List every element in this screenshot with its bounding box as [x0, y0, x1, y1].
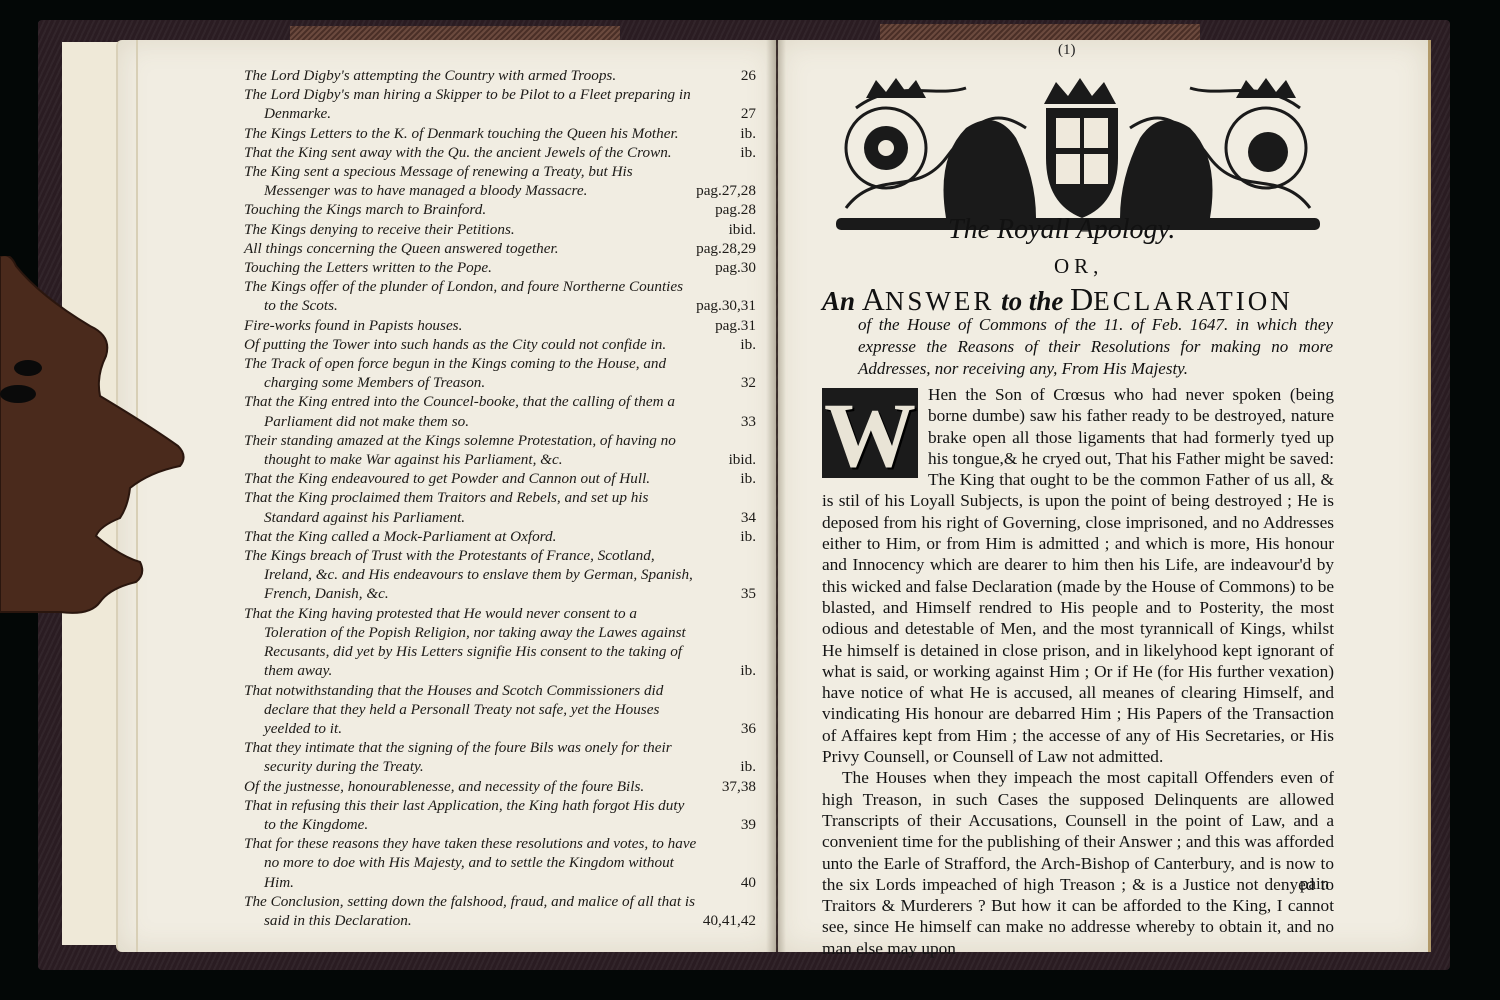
toc-entry: That the King having protested that He w…	[244, 604, 756, 681]
toc-entry: The Kings breach of Trust with the Prote…	[244, 546, 756, 604]
table-of-contents: The Lord Digby's attempting the Country …	[244, 66, 756, 930]
toc-entry: The Kings denying to receive their Petit…	[244, 220, 756, 239]
subtitle: of the House of Commons of the 11. of Fe…	[858, 314, 1333, 380]
toc-entry: Their standing amazed at the Kings solem…	[244, 431, 756, 469]
toc-entry: The Lord Digby's man hiring a Skipper to…	[244, 85, 756, 123]
toc-entry-text: All things concerning the Queen answered…	[244, 240, 617, 257]
toc-page-ref: ib.	[740, 469, 756, 488]
toc-entry: Of the justnesse, honourablenesse, and n…	[244, 777, 756, 796]
toc-entry: The Conclusion, setting down the falshoo…	[244, 892, 756, 930]
toc-page-ref: pag.31	[715, 316, 756, 335]
toc-page-ref: 35	[741, 584, 756, 603]
toc-entry-text: That the King entred into the Councel-bo…	[244, 392, 756, 430]
toc-page-ref: 40,41,42	[703, 911, 756, 930]
toc-page-ref: 34	[741, 508, 756, 527]
toc-entry-text: That the King called a Mock-Parliament a…	[244, 528, 614, 545]
paragraph-2: The Houses when they impeach the most ca…	[822, 767, 1334, 959]
body-text: Hen the Son of Crœsus who had never spok…	[822, 384, 1334, 959]
toc-entry-text: The Conclusion, setting down the falshoo…	[244, 892, 756, 930]
toc-entry-text: Touching the Kings march to Brainford.	[244, 201, 544, 218]
toc-page-ref: pag.27,28	[696, 181, 756, 200]
toc-entry-text: That notwithstanding that the Houses and…	[244, 681, 756, 739]
toc-entry-text: That the King sent away with the Qu. the…	[244, 143, 756, 162]
toc-entry-text: That in refusing this their last Applica…	[244, 796, 756, 834]
toc-entry: That the King called a Mock-Parliament a…	[244, 527, 756, 546]
toc-entry-text: That the King endeavoured to get Powder …	[244, 470, 708, 487]
toc-entry-text: The Kings offer of the plunder of London…	[244, 277, 756, 315]
toc-entry-text: Their standing amazed at the Kings solem…	[244, 431, 756, 469]
toc-page-ref: ibid.	[729, 220, 756, 239]
toc-entry: Touching the Kings march to Brainford.pa…	[244, 200, 756, 219]
toc-page-ref: ibid.	[729, 450, 756, 469]
toc-page-ref: pag.28	[715, 200, 756, 219]
toc-entry: That notwithstanding that the Houses and…	[244, 681, 756, 739]
toc-entry-text: The Kings Letters to the K. of Denmark t…	[244, 124, 756, 143]
toc-page-ref: ib.	[740, 757, 756, 776]
toc-entry-text: That the King having protested that He w…	[244, 604, 756, 681]
toc-entry-text: Touching the Letters written to the Pope…	[244, 259, 550, 276]
toc-entry-text: The Lord Digby's man hiring a Skipper to…	[244, 85, 756, 123]
toc-entry: That in refusing this their last Applica…	[244, 796, 756, 834]
toc-entry: That for these reasons they have taken t…	[244, 834, 756, 892]
paragraph-1: Hen the Son of Crœsus who had never spok…	[822, 384, 1334, 767]
toc-entry-text: Fire-works found in Papists houses.	[244, 317, 520, 334]
toc-entry: That the King entred into the Councel-bo…	[244, 392, 756, 430]
toc-page-ref: ib.	[740, 527, 756, 546]
toc-entry-text: Of the justnesse, honourablenesse, and n…	[244, 778, 702, 795]
book-gutter	[766, 40, 786, 952]
answer-heading: An ANSWER to the DECLARATION	[822, 281, 1293, 318]
toc-entry: Of putting the Tower into such hands as …	[244, 335, 756, 354]
page-number: (1)	[1058, 42, 1076, 59]
metal-book-clip	[0, 256, 190, 616]
toc-entry: All things concerning the Queen answered…	[244, 239, 756, 258]
toc-entry: The Track of open force begun in the Kin…	[244, 354, 756, 392]
toc-page-ref: 32	[741, 373, 756, 392]
toc-page-ref: ib.	[740, 124, 756, 143]
toc-entry-text: That the King proclaimed them Traitors a…	[244, 488, 756, 526]
toc-entry-text: The King sent a specious Message of rene…	[244, 162, 756, 200]
catchword: pain	[1300, 874, 1329, 894]
toc-entry: That the King sent away with the Qu. the…	[244, 143, 756, 162]
toc-page-ref: 27	[741, 104, 756, 123]
toc-page-ref: ib.	[740, 335, 756, 354]
toc-entry: The Kings offer of the plunder of London…	[244, 277, 756, 315]
toc-page-ref: 37,38	[722, 777, 756, 796]
toc-entry-text: The Track of open force begun in the Kin…	[244, 354, 756, 392]
toc-page-ref: 26	[741, 66, 756, 85]
toc-entry-text: The Lord Digby's attempting the Country …	[244, 67, 674, 84]
toc-page-ref: ib.	[740, 661, 756, 680]
toc-entry: Fire-works found in Papists houses.pag.3…	[244, 316, 756, 335]
toc-entry-text: Of putting the Tower into such hands as …	[244, 335, 756, 354]
toc-entry-text: That for these reasons they have taken t…	[244, 834, 756, 892]
toc-entry: Touching the Letters written to the Pope…	[244, 258, 756, 277]
toc-page-ref: pag.30	[715, 258, 756, 277]
toc-entry-text: The Kings breach of Trust with the Prote…	[244, 546, 756, 604]
toc-page-ref: 39	[741, 815, 756, 834]
toc-entry-text: The Kings denying to receive their Petit…	[244, 221, 573, 238]
title-or: OR,	[1054, 254, 1103, 279]
toc-page-ref: pag.28,29	[696, 239, 756, 258]
royal-coat-of-arms-headpiece-icon	[836, 68, 1320, 232]
toc-page-ref: 33	[741, 412, 756, 431]
toc-entry: The King sent a specious Message of rene…	[244, 162, 756, 200]
book-title: The Royall Apology.	[948, 214, 1175, 246]
toc-entry-text: That they intimate that the signing of t…	[244, 738, 756, 776]
toc-page-ref: 40	[741, 873, 756, 892]
toc-page-ref: 36	[741, 719, 756, 738]
toc-entry: That the King endeavoured to get Powder …	[244, 469, 756, 488]
toc-page-ref: ib.	[740, 143, 756, 162]
toc-page-ref: pag.30,31	[696, 296, 756, 315]
toc-entry: The Kings Letters to the K. of Denmark t…	[244, 124, 756, 143]
toc-entry: The Lord Digby's attempting the Country …	[244, 66, 756, 85]
toc-entry: That they intimate that the signing of t…	[244, 738, 756, 776]
toc-entry: That the King proclaimed them Traitors a…	[244, 488, 756, 526]
